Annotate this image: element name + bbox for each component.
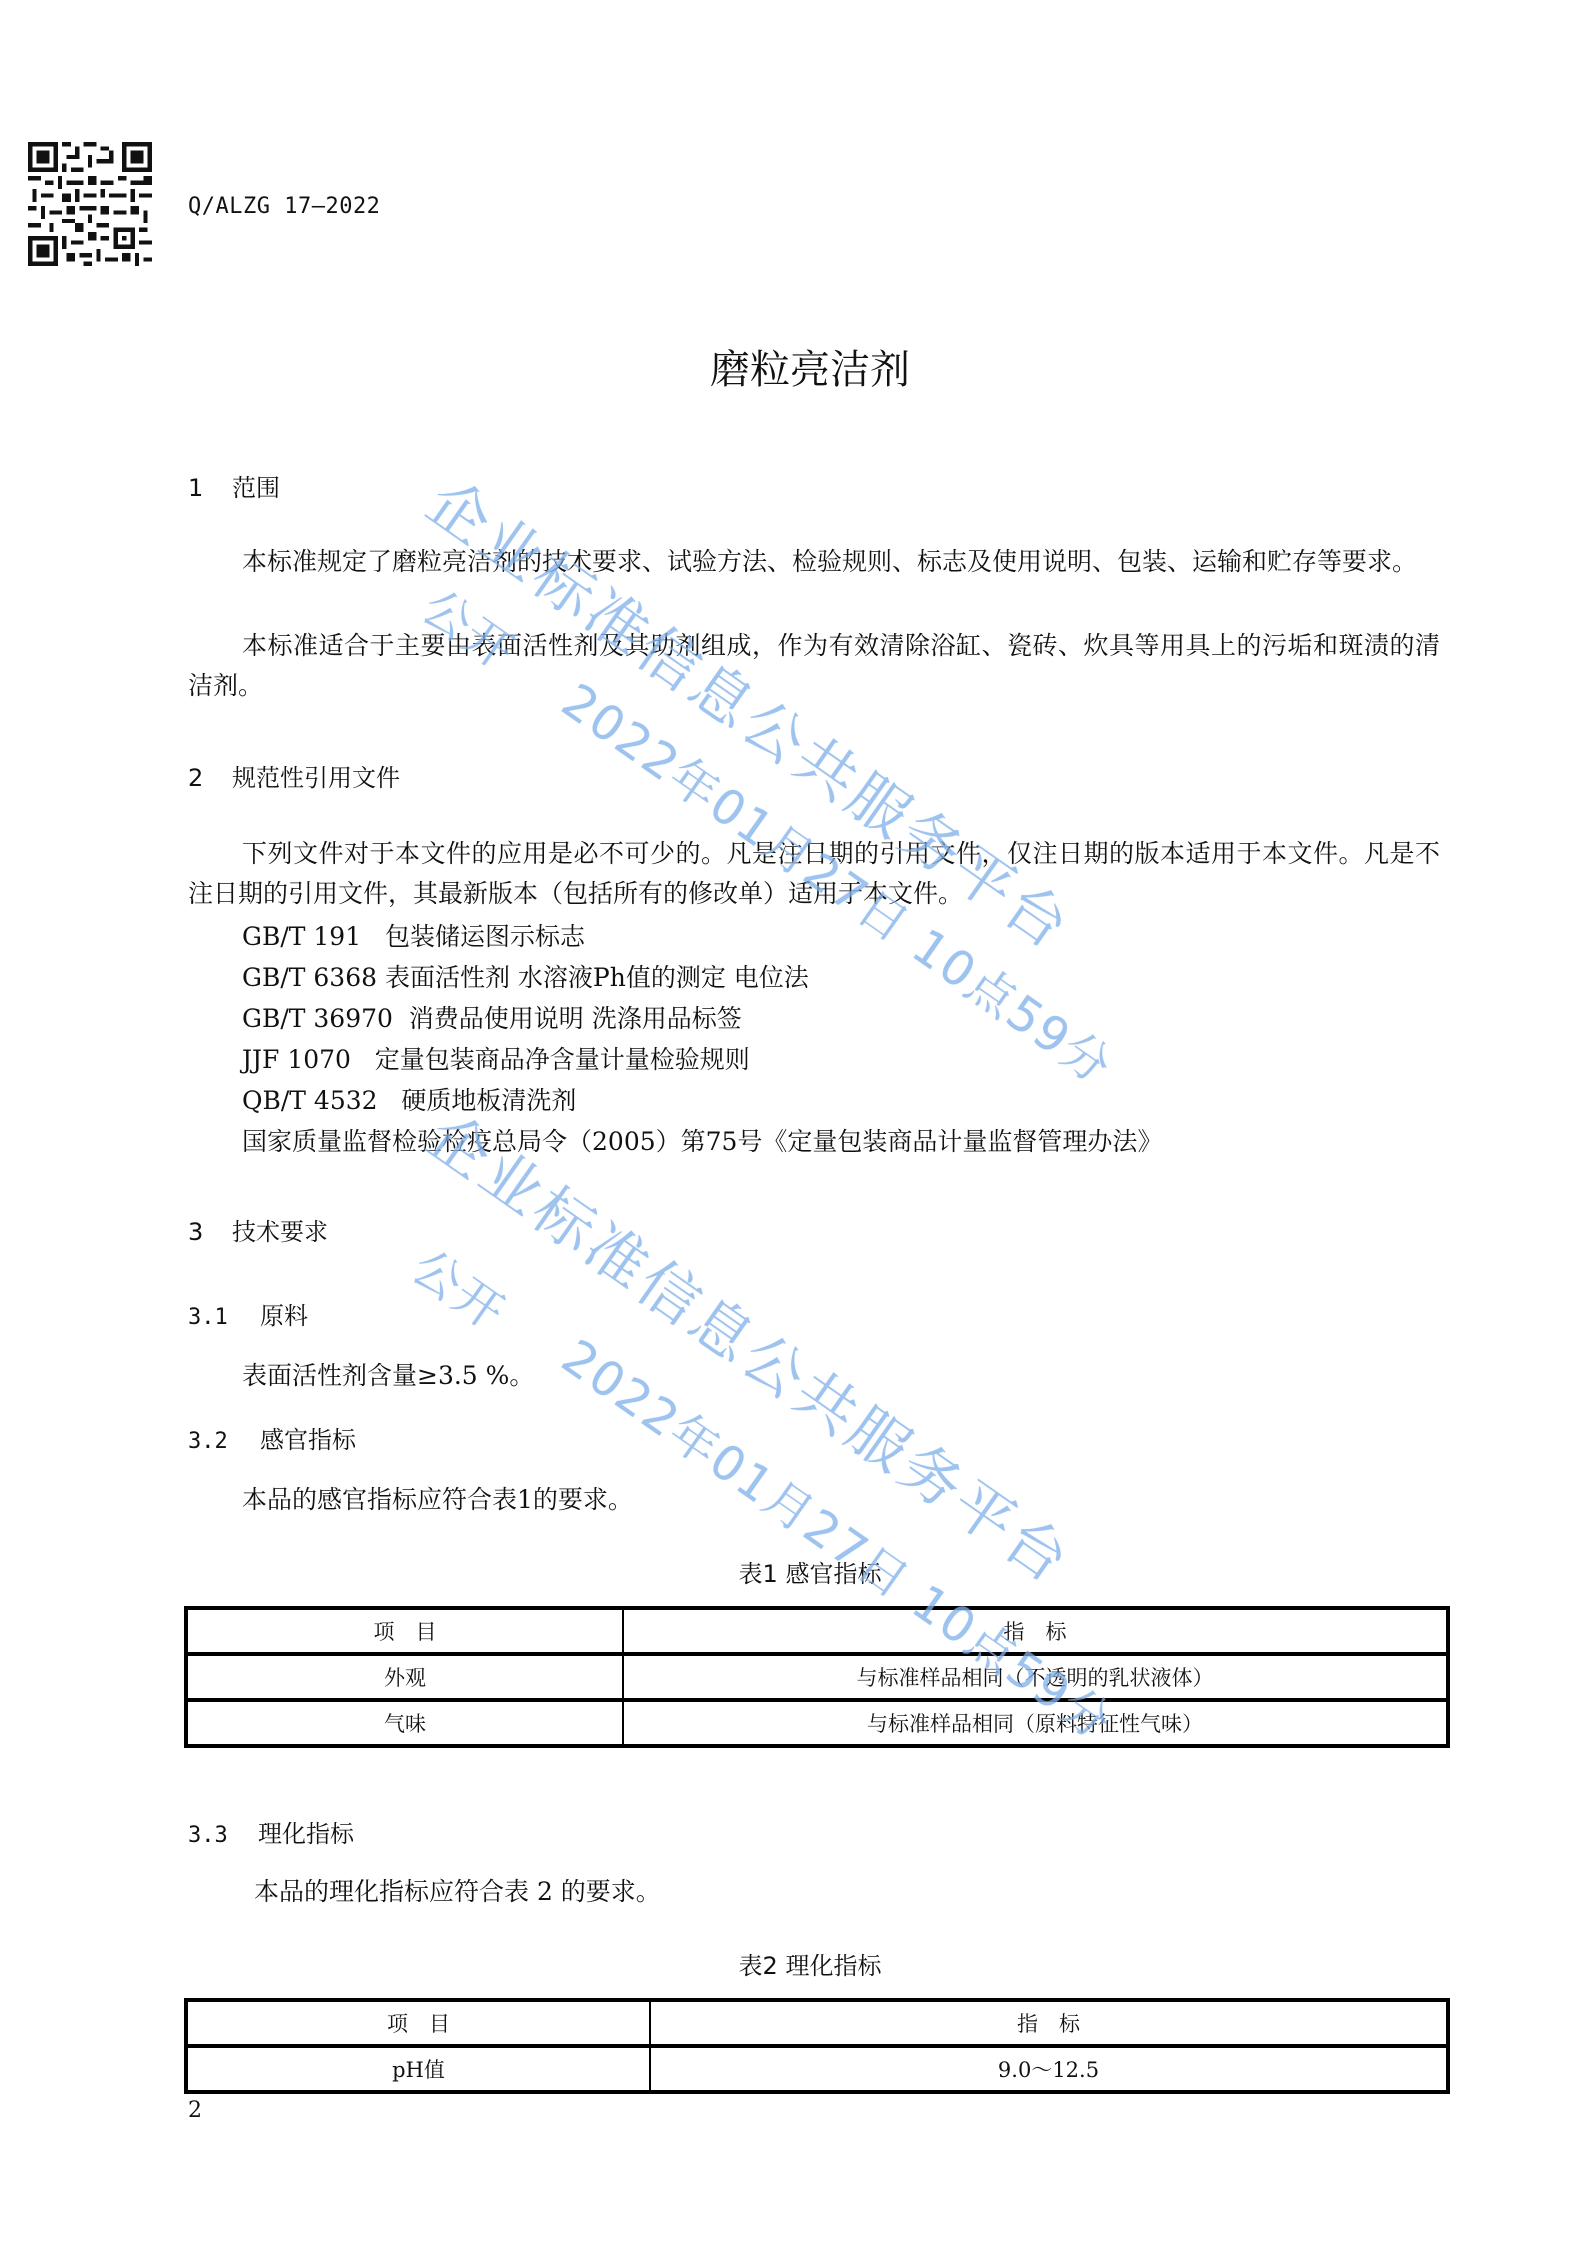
section-1-paragraph-2: 本标准适合于主要由表面活性剂及其助剂组成，作为有效清除浴缸、瓷砖、炊具等用具上的… bbox=[188, 626, 1440, 706]
reference-item: JJF 1070 定量包装商品净含量计量检验规则 bbox=[242, 1039, 750, 1080]
table-cell: pH值 bbox=[186, 2046, 650, 2092]
table-cell: 9.0～12.5 bbox=[650, 2046, 1448, 2092]
section-1-paragraph-1: 本标准规定了磨粒亮洁剂的技术要求、试验方法、检验规则、标志及使用说明、包装、运输… bbox=[188, 542, 1440, 582]
reference-item: GB/T 36970 消费品使用说明 洗涤用品标签 bbox=[242, 998, 742, 1039]
document-title: 磨粒亮洁剂 bbox=[0, 338, 1588, 395]
section-3-2-heading: 3.2感官指标 bbox=[188, 1420, 356, 1455]
section-number: 2 bbox=[188, 764, 232, 792]
watermark-platform-text: 企业标准信息公共服务平台 bbox=[413, 1090, 1091, 1601]
section-number: 1 bbox=[188, 474, 232, 502]
section-title: 感官指标 bbox=[260, 1426, 356, 1454]
section-title: 理化指标 bbox=[258, 1820, 354, 1848]
reference-item: GB/T 191 包装储运图示标志 bbox=[242, 916, 585, 957]
table-cell: 与标准样品相同（不透明的乳状液体） bbox=[623, 1654, 1448, 1700]
reference-item: GB/T 6368 表面活性剂 水溶液Ph值的测定 电位法 bbox=[242, 957, 809, 998]
table-header-cell: 指 标 bbox=[623, 1608, 1448, 1654]
table-header-cell: 项 目 bbox=[186, 2000, 650, 2046]
section-number: 3.3 bbox=[188, 1823, 258, 1848]
document-code: Q/ALZG 17—2022 bbox=[188, 194, 380, 219]
table-row: 气味 与标准样品相同（原料特征性气味） bbox=[186, 1700, 1448, 1746]
section-title: 原料 bbox=[260, 1302, 308, 1330]
watermark-public-text: 公开 bbox=[400, 1230, 522, 1344]
table-row: pH值 9.0～12.5 bbox=[186, 2046, 1448, 2092]
section-3-3-heading: 3.3理化指标 bbox=[188, 1814, 354, 1849]
qr-code-icon bbox=[28, 142, 152, 266]
section-number: 3 bbox=[188, 1218, 232, 1246]
table-header-cell: 指 标 bbox=[650, 2000, 1448, 2046]
section-3-3-text: 本品的理化指标应符合表 2 的要求。 bbox=[200, 1872, 1452, 1912]
page-number: 2 bbox=[188, 2098, 202, 2123]
table-cell: 与标准样品相同（原料特征性气味） bbox=[623, 1700, 1448, 1746]
section-number: 3.2 bbox=[188, 1429, 260, 1454]
table-header-cell: 项 目 bbox=[186, 1608, 623, 1654]
section-3-1-heading: 3.1原料 bbox=[188, 1296, 308, 1331]
section-3-1-text: 表面活性剂含量≥3.5 %。 bbox=[188, 1356, 1440, 1396]
table-header-row: 项 目 指 标 bbox=[186, 1608, 1448, 1654]
table-2-caption: 表2 理化指标 bbox=[0, 1946, 1588, 1981]
section-2-heading: 2规范性引用文件 bbox=[188, 758, 400, 793]
table-1-caption: 表1 感官指标 bbox=[0, 1554, 1588, 1589]
table-header-row: 项 目 指 标 bbox=[186, 2000, 1448, 2046]
section-1-heading: 1范围 bbox=[188, 468, 280, 503]
section-2-intro: 下列文件对于本文件的应用是必不可少的。凡是注日期的引用文件，仅注日期的版本适用于… bbox=[188, 834, 1440, 914]
table-cell: 外观 bbox=[186, 1654, 623, 1700]
section-title: 范围 bbox=[232, 474, 280, 502]
section-3-heading: 3技术要求 bbox=[188, 1212, 328, 1247]
table-1-sensory-indicators: 项 目 指 标 外观 与标准样品相同（不透明的乳状液体） 气味 与标准样品相同（… bbox=[184, 1606, 1450, 1748]
table-row: 外观 与标准样品相同（不透明的乳状液体） bbox=[186, 1654, 1448, 1700]
section-title: 规范性引用文件 bbox=[232, 764, 400, 792]
section-number: 3.1 bbox=[188, 1305, 260, 1330]
section-title: 技术要求 bbox=[232, 1218, 328, 1246]
reference-item: QB/T 4532 硬质地板清洗剂 bbox=[242, 1080, 576, 1121]
reference-item: 国家质量监督检验检疫总局令（2005）第75号《定量包装商品计量监督管理办法》 bbox=[242, 1121, 1162, 1162]
table-cell: 气味 bbox=[186, 1700, 623, 1746]
section-3-2-text: 本品的感官指标应符合表1的要求。 bbox=[188, 1480, 1440, 1520]
table-2-physicochemical-indicators: 项 目 指 标 pH值 9.0～12.5 bbox=[184, 1998, 1450, 2094]
